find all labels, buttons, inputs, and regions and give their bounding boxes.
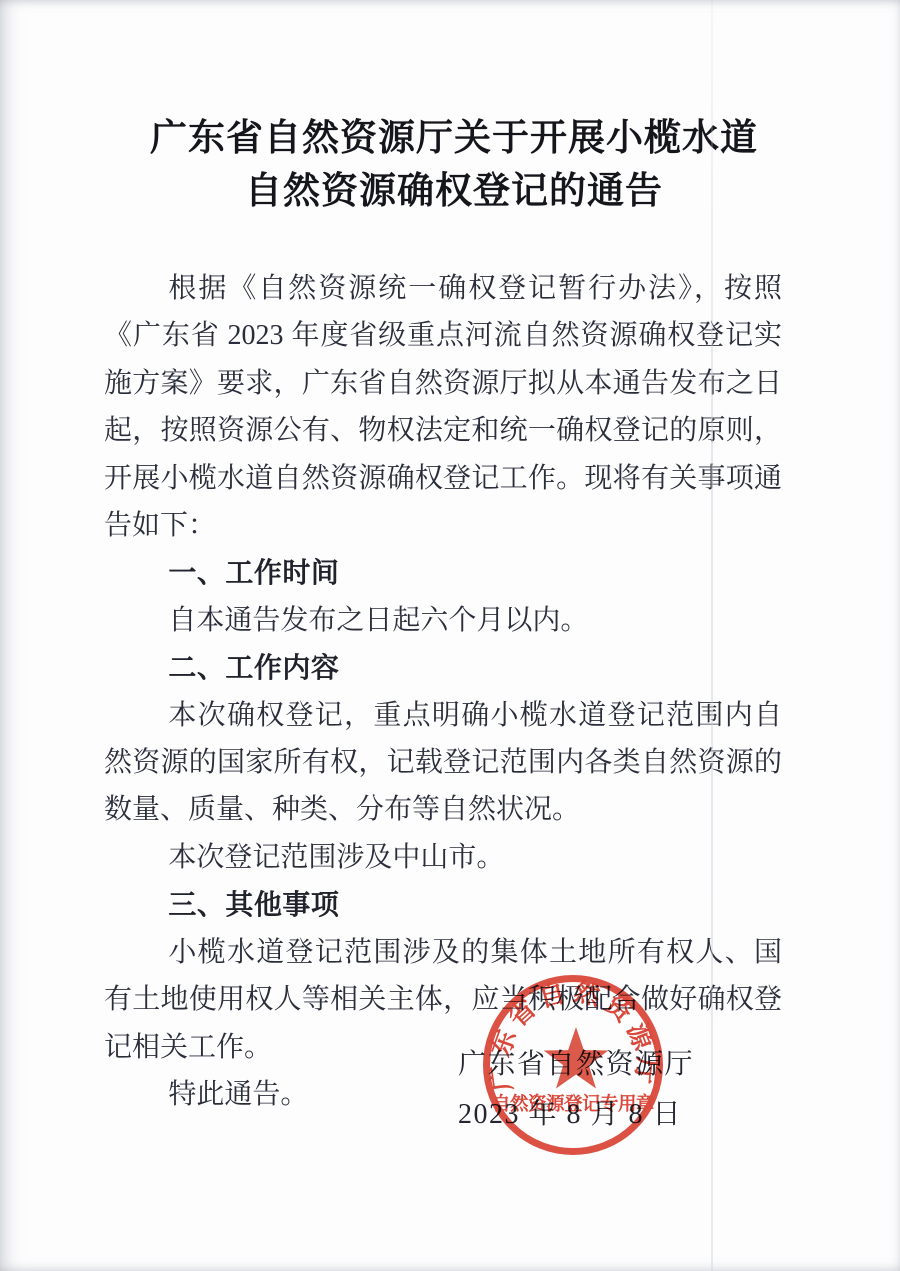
- signature-block: 广东省自然资源厅 2023 年 8 月 8 日: [458, 1040, 694, 1140]
- section-3-heading: 三、其他事项: [104, 881, 782, 928]
- intro-paragraph: 根据《自然资源统一确权登记暂行办法》，按照《广东省 2023 年度省级重点河流自…: [104, 265, 782, 549]
- signature-date: 2023 年 8 月 8 日: [458, 1090, 694, 1140]
- document-title-line-1: 广东省自然资源厅关于开展小榄水道: [150, 118, 758, 159]
- scanned-notice-page: 广东省自然资源厅关于开展小榄水道自然资源确权登记的通告 根据《自然资源统一确权登…: [0, 0, 900, 1271]
- document-title: 广东省自然资源厅关于开展小榄水道自然资源确权登记的通告: [104, 112, 804, 218]
- section-2-paragraph-2: 本次登记范围涉及中山市。: [104, 834, 782, 881]
- section-1-heading: 一、工作时间: [104, 549, 782, 596]
- signature-agency: 广东省自然资源厅: [458, 1040, 694, 1090]
- section-1-paragraph: 自本通告发布之日起六个月以内。: [104, 597, 782, 644]
- document-title-line-2: 自然资源确权登记的通告: [245, 171, 663, 212]
- document-body: 根据《自然资源统一确权登记暂行办法》，按照《广东省 2023 年度省级重点河流自…: [104, 265, 782, 1118]
- section-2-paragraph: 本次确权登记，重点明确小榄水道登记范围内自然资源的国家所有权，记载登记范围内各类…: [104, 692, 782, 834]
- section-2-heading: 二、工作内容: [104, 644, 782, 691]
